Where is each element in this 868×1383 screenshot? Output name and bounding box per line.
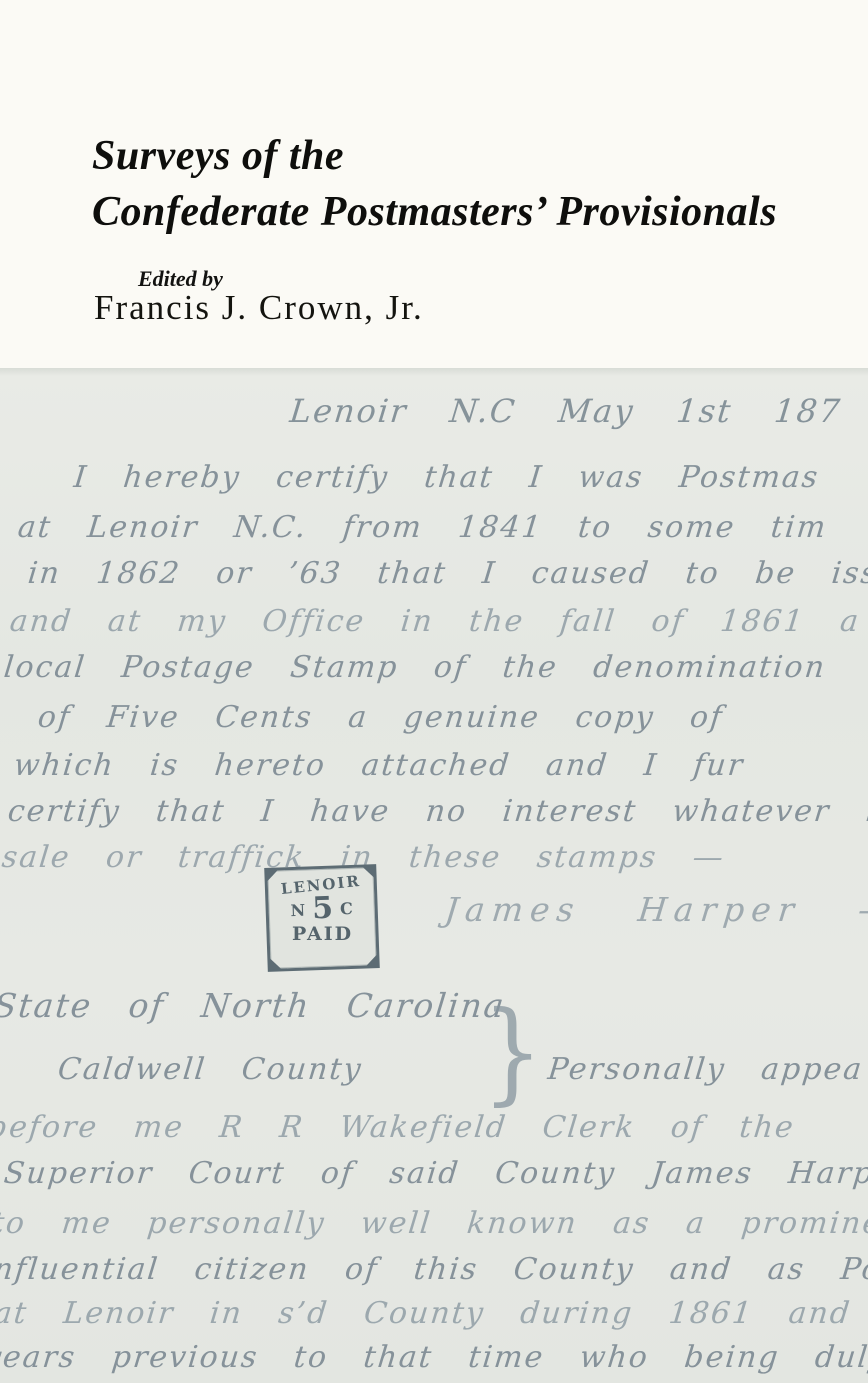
letter-line: at Lenoir N.C. from 1841 to some tim — [16, 510, 829, 545]
stamp-value-5: 5 — [312, 895, 334, 924]
affidavit-line: Superior Court of said County James Harp… — [2, 1156, 868, 1191]
book-title-line-1: Surveys of the — [92, 128, 832, 184]
letter-line: of Five Cents a genuine copy of — [36, 700, 725, 735]
letter-photograph: Lenoir N.C May 1st 187 I hereby certify … — [0, 368, 868, 1383]
stamp-paid-label: PAID — [270, 923, 376, 945]
editor-name: Francis J. Crown, Jr. — [94, 288, 424, 328]
stamp-letter-n: N — [290, 900, 305, 919]
affidavit-line: before me R R Wakefield Clerk of the — [0, 1110, 797, 1145]
affidavit-personally-line: Personally appea — [546, 1052, 865, 1087]
title-block: Surveys of the Confederate Postmasters’ … — [92, 128, 832, 240]
affidavit-brace: } — [482, 988, 543, 1117]
affidavit-line: influential citizen of this County and a… — [0, 1252, 868, 1287]
stamp-corner-ornament — [269, 957, 281, 969]
affidavit-line: to me personally well known as a promine… — [0, 1206, 868, 1241]
letter-line: certify that I have no interest whatever… — [6, 794, 868, 829]
letter-dateline: Lenoir N.C May 1st 187 — [288, 392, 844, 430]
letter-line: I hereby certify that I was Postmas — [72, 460, 821, 495]
stamp-corner-ornament — [365, 954, 377, 966]
affidavit-state-line: State of North Carolina — [0, 986, 508, 1025]
book-cover: Surveys of the Confederate Postmasters’ … — [0, 0, 868, 1383]
letter-line: which is hereto attached and I fur — [12, 748, 746, 783]
letter-line: local Postage Stamp of the denomination — [2, 650, 828, 685]
stamp-letter-c: C — [340, 898, 353, 917]
lenoir-provisional-stamp: LENOIR N 5 C PAID — [264, 864, 380, 972]
letter-line: in 1862 or ’63 that I caused to be issue… — [26, 556, 868, 591]
affidavit-county-line: Caldwell County — [56, 1052, 364, 1087]
book-title-line-2: Confederate Postmasters’ Provisionals — [92, 184, 832, 240]
affidavit-line: years previous to that time who being du… — [0, 1340, 868, 1375]
affidavit-line: at Lenoir in s’d County during 1861 and … — [0, 1296, 868, 1331]
letter-line: and at my Office in the fall of 1861 a — [8, 604, 862, 639]
letter-signature: James Harper — — [443, 890, 868, 929]
